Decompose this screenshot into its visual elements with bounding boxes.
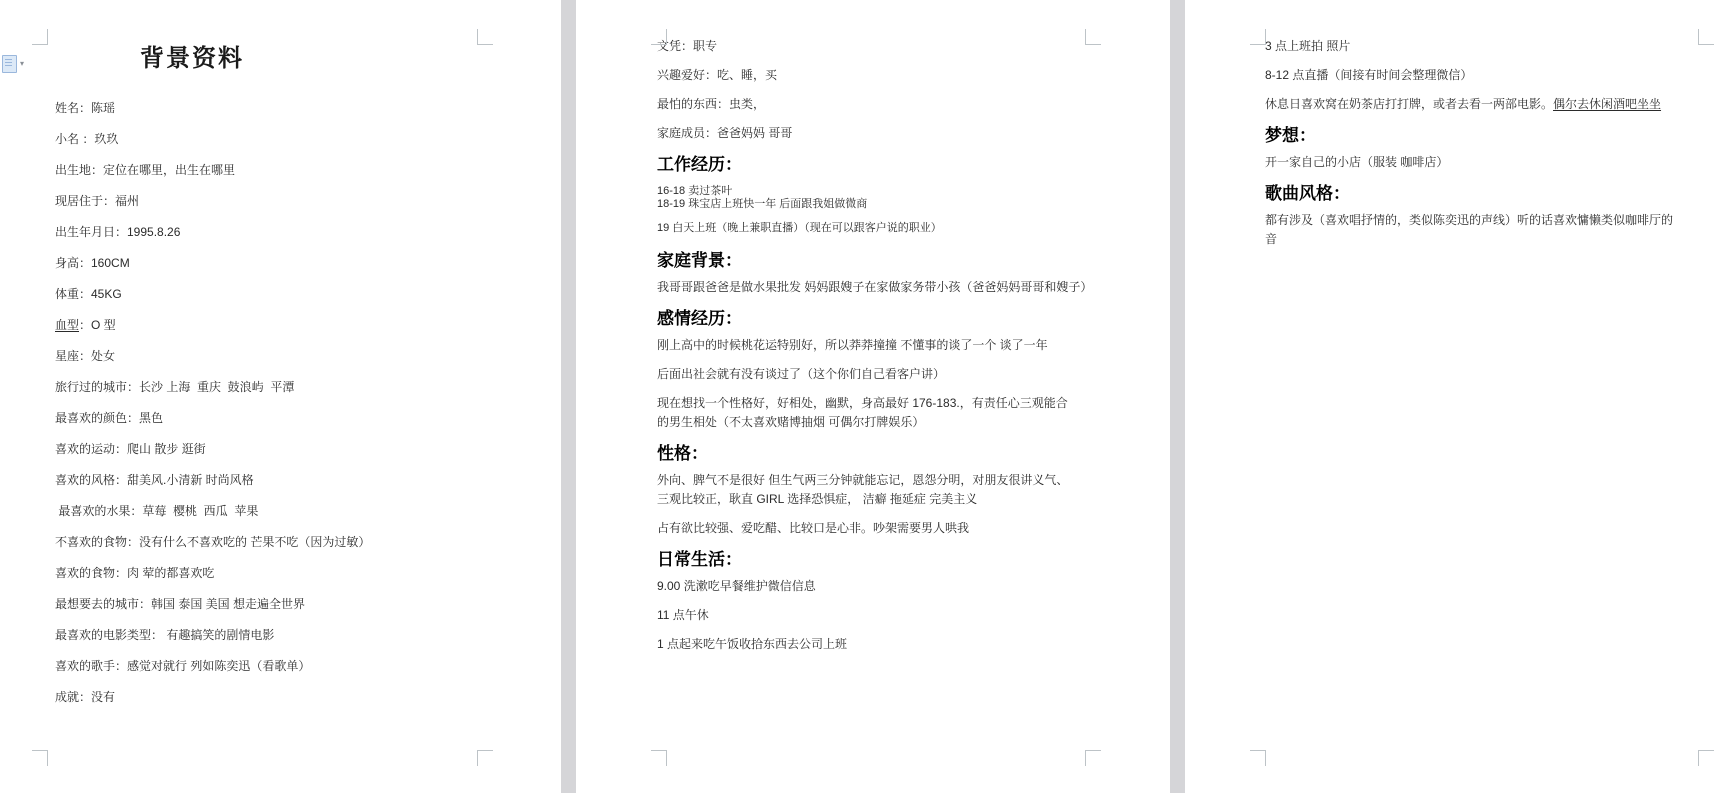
doc-line: 身高：160CM: [55, 257, 561, 269]
margin-corner-mark: [1698, 29, 1714, 45]
doc-line: 体重：45KG: [55, 288, 561, 300]
margin-corner-mark: [32, 29, 48, 45]
word-document-canvas: { "app": { "canvas_bg": "#d5d5d8", "page…: [0, 0, 1725, 793]
doc-line: 兴趣爱好：吃、睡，买: [657, 69, 1170, 81]
doc-line: 开一家自己的小店（服装 咖啡店）: [1265, 156, 1725, 168]
doc-line-small: 19 白天上班（晚上兼职直播）（现在可以跟客户说的职业）: [657, 222, 1170, 235]
document-page-2[interactable]: 文凭：职专兴趣爱好：吃、睡，买最怕的东西：虫类，家庭成员：爸爸妈妈 哥哥工作经历…: [576, 0, 1170, 793]
doc-line: 出生年月日：1995.8.26: [55, 226, 561, 238]
margin-corner-mark: [477, 750, 493, 766]
doc-line: 星座：处女: [55, 350, 561, 362]
margin-corner-mark: [477, 29, 493, 45]
margin-corner-mark: [1085, 750, 1101, 766]
doc-line: 11 点午休: [657, 609, 1170, 621]
doc-line: 最喜欢的水果：草莓 樱桃 西瓜 苹果: [55, 505, 561, 517]
doc-line-continuation: 三观比较正，耿直 GIRL 选择恐惧症， 洁癖 拖延症 完美主义: [657, 493, 1170, 505]
section-heading: 日常生活：: [657, 551, 1170, 568]
doc-line: 刚上高中的时候桃花运特别好，所以莽莽撞撞 不懂事的谈了一个 谈了一年: [657, 339, 1170, 351]
doc-line: 家庭成员：爸爸妈妈 哥哥: [657, 127, 1170, 139]
margin-corner-mark: [1250, 750, 1266, 766]
doc-line: 最怕的东西：虫类，: [657, 98, 1170, 110]
doc-line-small: 16-18 卖过茶叶: [657, 185, 1170, 198]
section-heading: 感情经历：: [657, 310, 1170, 327]
section-heading: 家庭背景：: [657, 252, 1170, 269]
doc-line: 喜欢的运动：爬山 散步 逛街: [55, 443, 561, 455]
doc-line: 血型：O 型: [55, 319, 561, 331]
doc-line: 不喜欢的食物：没有什么不喜欢吃的 芒果不吃（因为过敏）: [55, 536, 561, 548]
margin-corner-mark: [1250, 29, 1266, 45]
doc-line: 占有欲比较强、爱吃醋、比较口是心非。吵架需要男人哄我: [657, 522, 1170, 534]
doc-line: 最喜欢的电影类型： 有趣搞笑的剧情电影: [55, 629, 561, 641]
section-heading: 歌曲风格：: [1265, 185, 1725, 202]
margin-corner-mark: [32, 750, 48, 766]
doc-line: 喜欢的风格：甜美风.小清新 时尚风格: [55, 474, 561, 486]
margin-corner-mark: [651, 750, 667, 766]
doc-line: 后面出社会就有没有谈过了（这个你们自己看客户讲）: [657, 368, 1170, 380]
chevron-down-icon: ▾: [20, 60, 24, 68]
doc-line: 出生地：定位在哪里，出生在哪里: [55, 164, 561, 176]
margin-corner-mark: [651, 29, 667, 45]
margin-corner-mark: [1085, 29, 1101, 45]
document-page-3[interactable]: 3 点上班拍 照片8-12 点直播（间接有时间会整理微信）休息日喜欢窝在奶茶店打…: [1185, 0, 1725, 793]
doc-line: 9.00 洗漱吃早餐维护微信信息: [657, 580, 1170, 592]
doc-line: 现在想找一个性格好，好相处，幽默，身高最好 176-183.，有责任心三观能合: [657, 397, 1170, 409]
doc-line: 最想要去的城市：韩国 泰国 美国 想走遍全世界: [55, 598, 561, 610]
doc-line: 旅行过的城市：长沙 上海 重庆 鼓浪屿 平潭: [55, 381, 561, 393]
doc-line-continuation: 的男生相处（不太喜欢赌博抽烟 可偶尔打牌娱乐）: [657, 416, 1170, 428]
section-heading: 性格：: [657, 445, 1170, 462]
doc-line: 我哥哥跟爸爸是做水果批发 妈妈跟嫂子在家做家务带小孩（爸爸妈妈哥哥和嫂子）: [657, 281, 1170, 293]
section-heading: 工作经历：: [657, 156, 1170, 173]
doc-line: 8-12 点直播（间接有时间会整理微信）: [1265, 69, 1725, 81]
paste-options-button[interactable]: ▾: [2, 54, 32, 74]
doc-line: 小名 ：玖玖: [55, 133, 561, 145]
doc-line-continuation: 音: [1265, 233, 1725, 245]
doc-line: 成就：没有: [55, 691, 561, 703]
doc-line: 3 点上班拍 照片: [1265, 40, 1725, 52]
doc-line: 最喜欢的颜色：黑色: [55, 412, 561, 424]
doc-line: 1 点起来吃午饭收拾东西去公司上班: [657, 638, 1170, 650]
section-heading: 梦想：: [1265, 127, 1725, 144]
doc-line: 喜欢的食物：肉 荤的都喜欢吃: [55, 567, 561, 579]
document-page-1[interactable]: 背景资料姓名：陈瑶小名 ：玖玖出生地：定位在哪里，出生在哪里现居住于：福州出生年…: [0, 0, 561, 793]
doc-line: 姓名：陈瑶: [55, 102, 561, 114]
doc-line-small: 18-19 珠宝店上班快一年 后面跟我姐做微商: [657, 198, 1170, 211]
doc-line: 外向、脾气不是很好 但生气两三分钟就能忘记，恩怨分明，对朋友很讲义气、: [657, 474, 1170, 486]
paste-options-icon: [2, 55, 17, 73]
doc-line: 现居住于：福州: [55, 195, 561, 207]
doc-line: 喜欢的歌手：感觉对就行 列如陈奕迅（看歌单）: [55, 660, 561, 672]
doc-line: 休息日喜欢窝在奶茶店打打牌，或者去看一两部电影。偶尔去休闲酒吧坐坐: [1265, 98, 1725, 110]
document-title: 背景资料: [140, 44, 561, 74]
doc-line: 都有涉及（喜欢唱抒情的，类似陈奕迅的声线）听的话喜欢慵懒类似咖啡厅的: [1265, 214, 1725, 226]
margin-corner-mark: [1698, 750, 1714, 766]
